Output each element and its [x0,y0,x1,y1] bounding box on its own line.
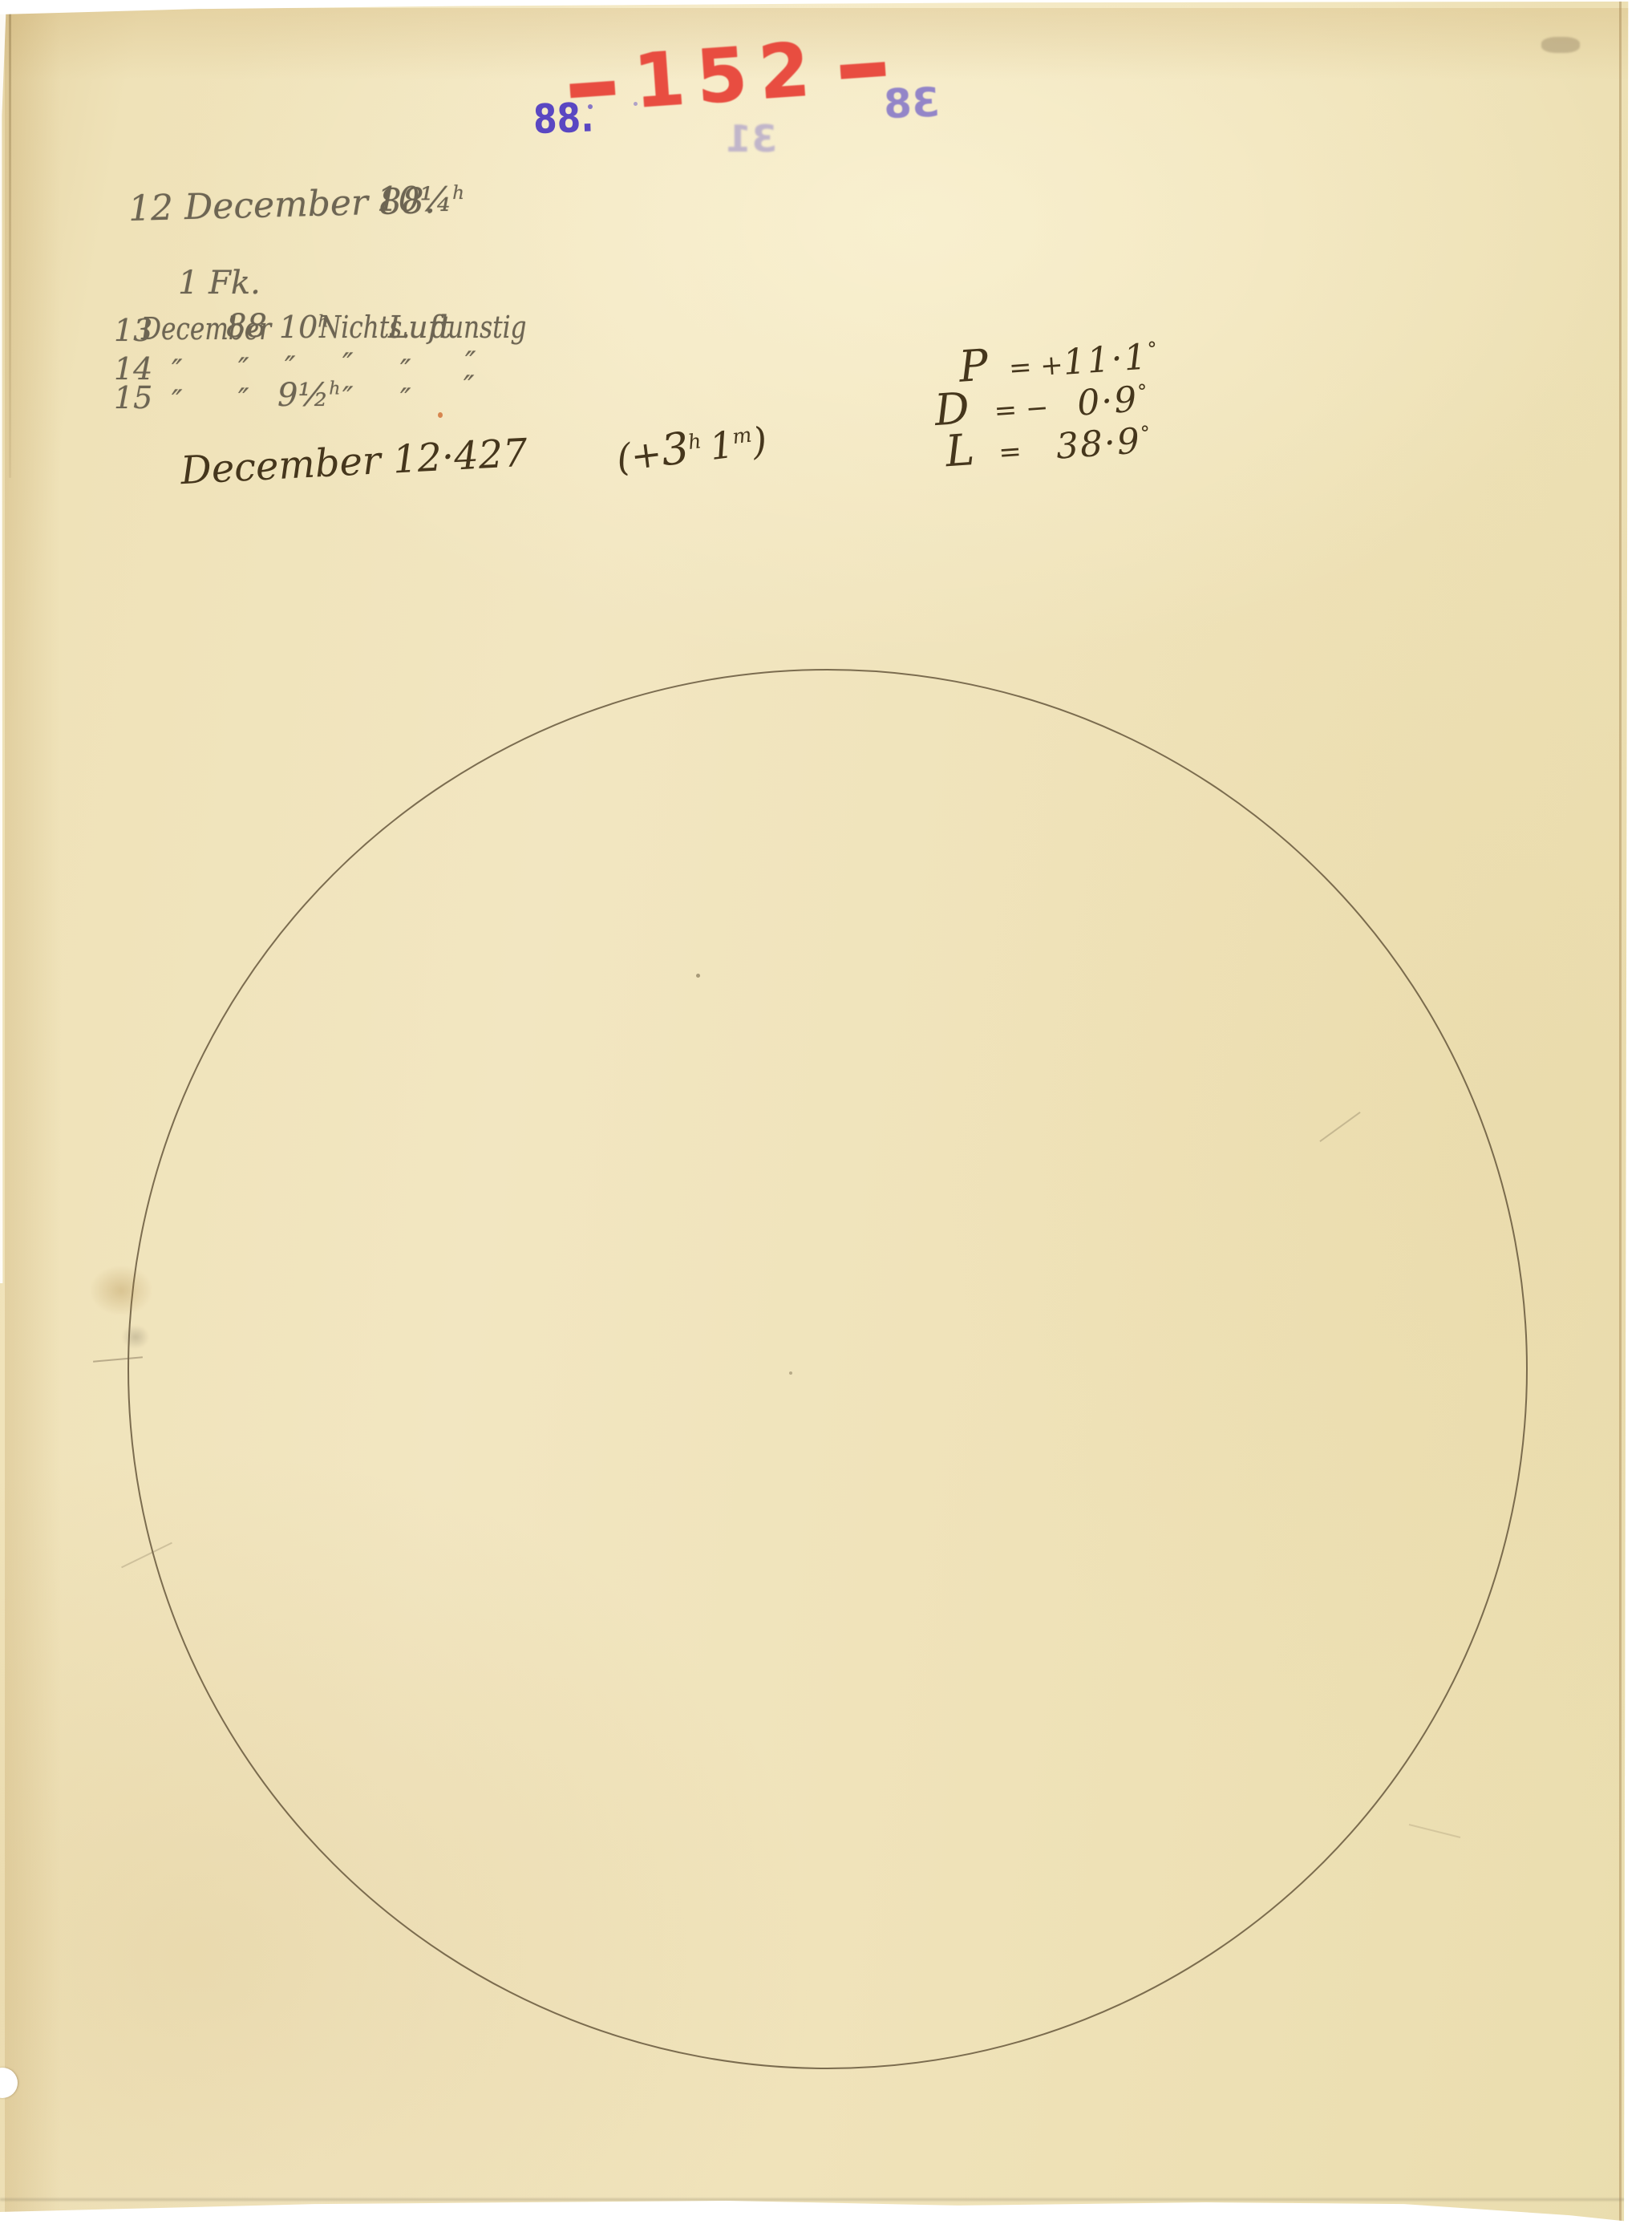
element-row-L: L = 38·9° [933,415,1176,476]
ditto-mark: ″ [238,353,249,386]
notebook-page: —152— 88. 38 31 12 December 88. 10¼h 1 F… [0,0,1652,2224]
correction-open-paren: (+ [614,431,665,480]
ditto-mark: ″ [342,348,353,381]
ditto-mark: ″ [172,385,182,418]
ink-speck [588,104,593,109]
element-unit: ° [1147,338,1158,361]
background-right-edge [1622,0,1652,2224]
epoch-date: December 12·427 [180,431,528,494]
right-paper-edge [1619,0,1622,2224]
obs-time: 9½h [277,377,340,414]
page-number-digits: 152 [631,26,824,124]
paper-scratch [1409,1824,1461,1838]
obs-day: 15 [114,380,152,415]
obs-time-value: 9½ [277,377,329,414]
scanned-observation-sheet: { "page_marks": { "red_left_dash": "—", … [0,0,1652,2224]
element-symbol: L [944,424,976,476]
year-number-blue: 88. [532,94,594,143]
ditto-mark: ″ [342,382,353,415]
element-relation: = − [993,391,1049,427]
element-unit: ° [1140,422,1151,445]
obs-sky: dunstig [431,310,548,345]
ink-offset-mark-top: 38 [883,79,941,128]
heading-count: 1 Fk. [178,265,261,302]
time-correction: (+3h1m) [613,413,770,481]
ink-speck [634,102,638,106]
ditto-mark: ″ [400,354,411,387]
ditto-mark: ″ [464,371,474,403]
ditto-mark: ″ [172,354,182,387]
correction-close-paren: ) [750,419,769,464]
ink-speck [438,412,443,418]
obs-sky-text: dunstig [431,310,527,345]
ink-offset-mark-lower: 31 [726,117,777,160]
obs-time-value: 10 [279,310,318,345]
element-value: 38·9° [1055,420,1152,468]
element-relation: = [998,435,1022,469]
left-edge-shading [5,0,61,2224]
obs-year: 88 [226,308,267,345]
ditto-mark: ″ [400,383,411,416]
heading-time-value: 10¼ [377,180,452,219]
heading-time: 10¼h [377,180,464,219]
solar-elements-block: P = + 11·1° D = − 0·9° L = 38·9° [927,332,1177,492]
ditto-mark: ″ [238,383,249,416]
element-relation: = + [1008,349,1064,385]
bottom-paper-edge [0,2198,1626,2201]
page-number-right-dash: — [835,21,891,110]
obs-month: December [141,311,300,346]
element-value-number: 38·9 [1055,420,1142,467]
correction-hours-unit: h [686,429,703,454]
binding-crease [9,13,11,478]
solar-disk-circle [128,669,1528,2069]
element-unit: ° [1137,380,1148,403]
obs-time-unit: h [329,379,340,399]
heading-time-unit: h [452,183,464,204]
